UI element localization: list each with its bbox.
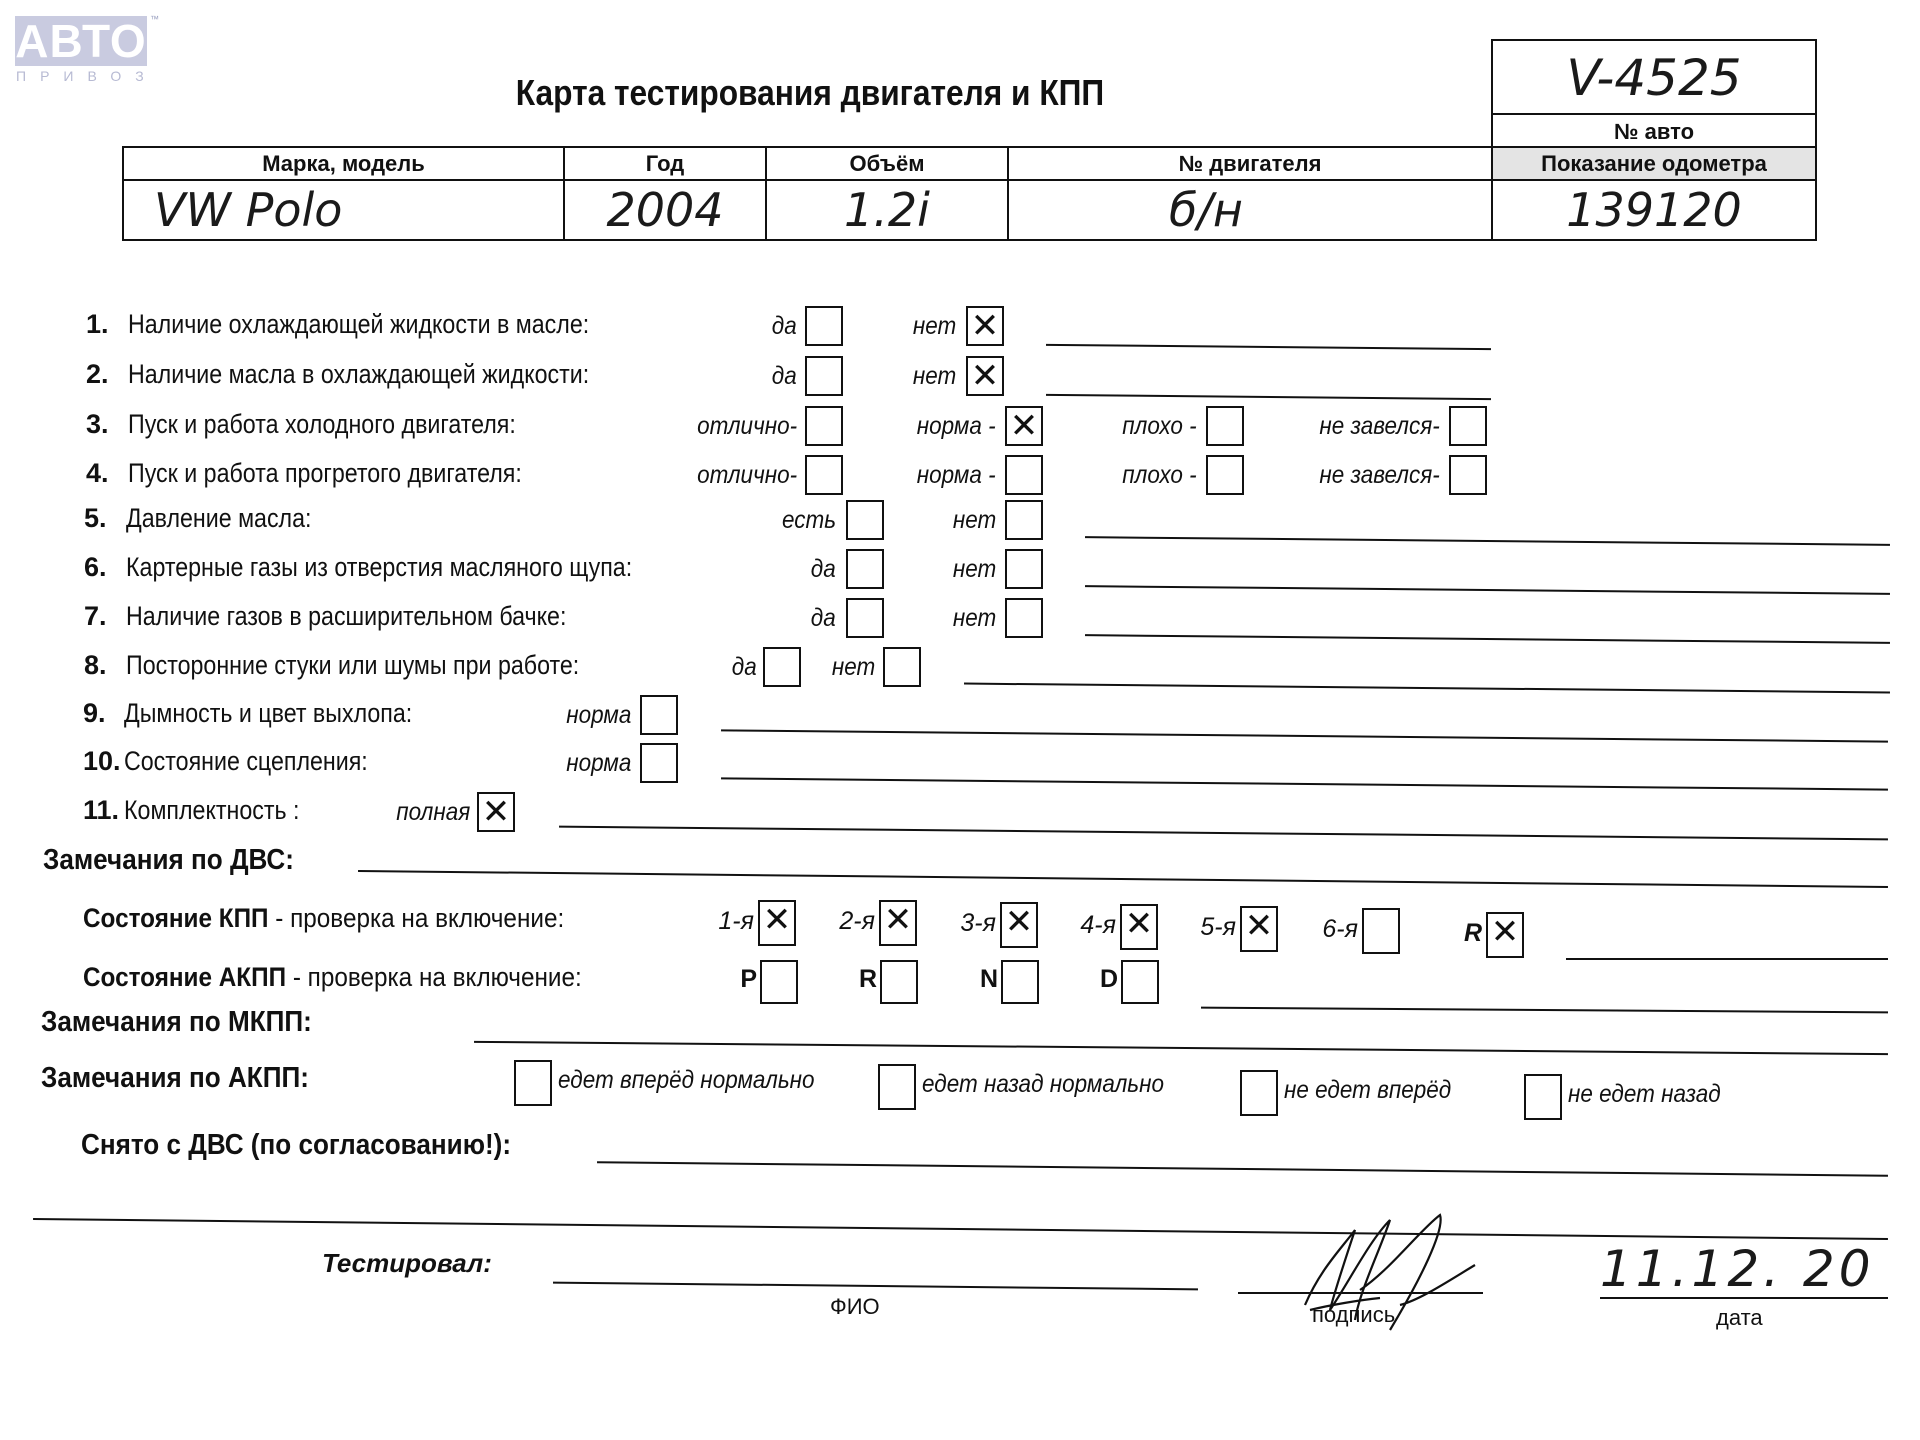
position-checkbox[interactable] [1121,960,1159,1004]
item-label: Наличие газов в расширительном бачке: [126,601,566,632]
option-checkbox[interactable] [805,455,843,495]
item-label: Дымность и цвет выхлопа: [124,698,412,729]
option-checkbox[interactable] [846,500,884,540]
item-notes-line[interactable] [964,683,1890,694]
auto-remark-checkbox[interactable] [878,1064,916,1110]
volume-value[interactable]: 1.2i [766,180,1008,240]
auto-remark-label: едет назад нормально [922,1070,1164,1099]
option-label: да [772,312,797,341]
option-label: плохо - [1123,412,1197,441]
auto-gearbox-label: Состояние АКПП - проверка на включение: [83,962,582,993]
option-checkbox[interactable] [1005,500,1043,540]
remarks-auto-label: Замечания по АКПП: [41,1062,309,1095]
option-checkbox[interactable] [966,306,1004,346]
option-label: отлично- [697,461,797,490]
position-label: P [740,965,757,994]
gear-label: 1-я [718,907,754,936]
gear-checkbox[interactable] [1240,906,1278,952]
option-label: норма [566,701,631,730]
option-checkbox[interactable] [846,549,884,589]
item-number: 3. [86,409,109,440]
option-checkbox[interactable] [1449,455,1487,495]
auto-remark-label: не едет назад [1568,1080,1721,1109]
item-label: Состояние сцепления: [124,746,368,777]
option-checkbox[interactable] [1449,406,1487,446]
gear-label: 4-я [1080,911,1116,940]
auto-remark-checkbox[interactable] [514,1060,552,1106]
fio-line[interactable] [553,1282,1198,1291]
manual-gearbox-label: Состояние КПП - проверка на включение: [83,903,564,934]
item-number: 10. [83,746,121,777]
manual-gearbox-line[interactable] [1566,958,1888,960]
car-number-label: № авто [1491,113,1817,148]
tested-by-label: Тестировал: [322,1248,492,1279]
position-label: D [1100,965,1118,994]
gear-checkbox[interactable] [1486,912,1524,958]
option-checkbox[interactable] [1005,549,1043,589]
option-label: норма [566,749,631,778]
gear-checkbox[interactable] [1362,908,1400,954]
item-number: 9. [83,698,106,729]
auto-remark-label: едет вперёд нормально [558,1066,815,1095]
gear-checkbox[interactable] [1120,904,1158,950]
option-label: норма - [917,412,996,441]
gear-label: R [1464,919,1482,948]
option-label: нет [953,604,996,633]
option-checkbox[interactable] [1005,455,1043,495]
item-number: 11. [83,795,119,826]
position-label: R [859,965,877,994]
make-model-value[interactable]: VW Polo [123,180,564,240]
col-header-volume: Объём [766,147,1008,180]
position-checkbox[interactable] [880,960,918,1004]
option-label: полная [396,798,470,827]
removed-label: Снято с ДВС (по согласованию!): [81,1129,511,1162]
option-checkbox[interactable] [1005,598,1043,638]
item-number: 5. [84,503,107,534]
option-checkbox[interactable] [477,792,515,832]
year-value[interactable]: 2004 [564,180,766,240]
removed-line[interactable] [597,1161,1888,1177]
col-header-engine-number: № двигателя [1008,147,1492,180]
item-number: 2. [86,359,109,390]
vehicle-info-table: Марка, модель Год Объём № двигателя Пока… [122,146,1817,241]
logo: АВТО [15,16,147,66]
item-number: 4. [86,458,109,489]
item-label: Посторонние стуки или шумы при работе: [126,650,579,681]
item-notes-line[interactable] [1046,344,1491,350]
option-checkbox[interactable] [846,598,884,638]
item-notes-line[interactable] [559,826,1888,841]
item-label: Картерные газы из отверстия масляного щу… [126,552,632,583]
option-checkbox[interactable] [1206,455,1244,495]
option-label: норма - [917,461,996,490]
position-checkbox[interactable] [1001,960,1039,1004]
item-label: Наличие охлаждающей жидкости в масле: [128,309,589,340]
car-number-value[interactable]: V-4525 [1491,39,1817,115]
option-label: да [811,555,836,584]
col-header-make-model: Марка, модель [123,147,564,180]
gear-checkbox[interactable] [758,900,796,946]
option-label: нет [913,312,956,341]
logo-subtitle: ПРИВОЗ [16,68,158,84]
gear-label: 5-я [1200,913,1236,942]
option-label: не завелся- [1320,412,1440,441]
item-label: Пуск и работа прогретого двигателя: [128,458,522,489]
date-label: дата [1716,1305,1763,1331]
auto-remark-checkbox[interactable] [1240,1070,1278,1116]
gear-checkbox[interactable] [1000,902,1038,948]
option-checkbox[interactable] [640,695,678,735]
option-checkbox[interactable] [805,356,843,396]
remarks-manual-label: Замечания по МКПП: [41,1006,312,1039]
option-label: нет [953,506,996,535]
item-label: Комплектность : [124,795,299,826]
remarks-engine-line[interactable] [358,870,1888,888]
gear-label: 2-я [839,907,875,936]
option-label: есть [782,506,836,535]
item-notes-line[interactable] [1046,394,1491,400]
option-label: да [732,653,757,682]
gear-checkbox[interactable] [879,900,917,946]
item-notes-line[interactable] [721,777,1888,790]
item-label: Давление масла: [126,503,311,534]
option-checkbox[interactable] [805,306,843,346]
option-checkbox[interactable] [640,743,678,783]
col-header-year: Год [564,147,766,180]
position-checkbox[interactable] [760,960,798,1004]
col-header-odometer: Показание одометра [1492,147,1816,180]
option-label: да [811,604,836,633]
auto-remark-checkbox[interactable] [1524,1074,1562,1120]
gear-label: 6-я [1322,915,1358,944]
item-number: 8. [84,650,107,681]
item-notes-line[interactable] [1085,536,1890,546]
option-checkbox[interactable] [763,647,801,687]
fio-label: ФИО [830,1294,880,1320]
option-checkbox[interactable] [966,356,1004,396]
page-title: Карта тестирования двигателя и КПП [467,72,1153,114]
odometer-value[interactable]: 139120 [1492,180,1816,240]
option-checkbox[interactable] [883,647,921,687]
logo-trademark: ™ [150,14,159,24]
auto-gearbox-line[interactable] [1201,1007,1888,1014]
option-label: отлично- [697,412,797,441]
option-checkbox[interactable] [805,406,843,446]
gear-label: 3-я [960,909,996,938]
item-label: Пуск и работа холодного двигателя: [128,409,516,440]
item-notes-line[interactable] [1085,634,1890,644]
item-notes-line[interactable] [721,729,1888,742]
date-line[interactable] [1600,1297,1888,1299]
remarks-manual-line[interactable] [474,1041,1888,1055]
item-number: 7. [84,601,107,632]
option-label: нет [953,555,996,584]
option-checkbox[interactable] [1206,406,1244,446]
option-label: плохо - [1123,461,1197,490]
engine-number-value[interactable]: б/н [1008,180,1492,240]
date-value[interactable]: 11.12. 20 [1600,1240,1875,1298]
auto-remark-label: не едет вперёд [1284,1076,1451,1105]
item-number: 1. [86,309,109,340]
option-checkbox[interactable] [1005,406,1043,446]
item-number: 6. [84,552,107,583]
item-label: Наличие масла в охлаждающей жидкости: [128,359,589,390]
option-label: не завелся- [1320,461,1440,490]
option-label: нет [913,362,956,391]
option-label: да [772,362,797,391]
position-label: N [980,965,998,994]
item-notes-line[interactable] [1085,585,1890,595]
option-label: нет [832,653,875,682]
signature-icon [1300,1210,1500,1340]
remarks-engine-label: Замечания по ДВС: [43,844,294,877]
divider-line [33,1218,1888,1240]
